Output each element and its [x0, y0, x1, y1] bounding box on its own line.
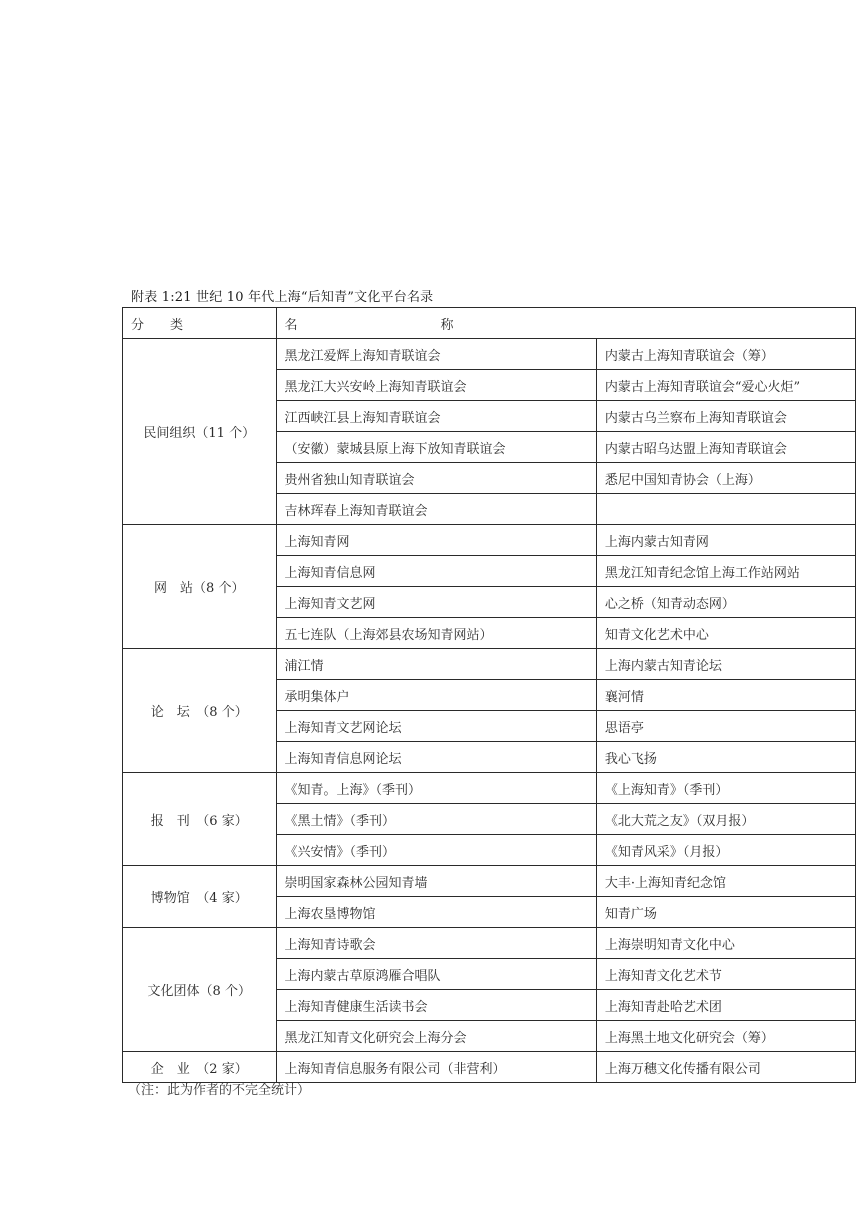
table-row: 民间组织（11 个）黑龙江爱辉上海知青联谊会内蒙古上海知青联谊会（筹）	[123, 339, 856, 370]
name-cell: 上海内蒙古知青论坛	[596, 649, 855, 680]
category-cell: 民间组织（11 个）	[123, 339, 277, 525]
name-cell: 《知青。上海》（季刊）	[276, 773, 596, 804]
name-cell: 承明集体户	[276, 680, 596, 711]
name-cell: 上海知青文化艺术节	[596, 959, 855, 990]
name-cell: 《黑土情》（季刊）	[276, 804, 596, 835]
footnote: （注：此为作者的不完全统计）	[128, 1079, 310, 1098]
category-cell: 报 刊 （6 家）	[123, 773, 277, 866]
category-cell: 文化团体（8 个）	[123, 928, 277, 1052]
name-cell: 上海知青信息服务有限公司（非营利）	[276, 1052, 596, 1083]
category-cell: 论 坛 （8 个）	[123, 649, 277, 773]
name-cell: 内蒙古乌兰察布上海知青联谊会	[596, 401, 855, 432]
name-cell: 知青文化艺术中心	[596, 618, 855, 649]
name-cell: 内蒙古昭乌达盟上海知青联谊会	[596, 432, 855, 463]
table-row: 报 刊 （6 家）《知青。上海》（季刊）《上海知青》（季刊）	[123, 773, 856, 804]
name-cell: 江西峡江县上海知青联谊会	[276, 401, 596, 432]
name-cell: 黑龙江知青文化研究会上海分会	[276, 1021, 596, 1052]
name-cell: 上海万穗文化传播有限公司	[596, 1052, 855, 1083]
name-cell: 崇明国家森林公园知青墙	[276, 866, 596, 897]
category-cell: 企 业 （2 家）	[123, 1052, 277, 1083]
category-cell: 博物馆 （4 家）	[123, 866, 277, 928]
name-cell: 上海知青信息网	[276, 556, 596, 587]
table-header-row: 分 类 名 称	[123, 308, 856, 339]
name-cell: 《知青风采》（月报）	[596, 835, 855, 866]
name-cell: 心之桥（知青动态网）	[596, 587, 855, 618]
name-cell: 思语亭	[596, 711, 855, 742]
name-cell: 黑龙江爱辉上海知青联谊会	[276, 339, 596, 370]
name-cell: 黑龙江知青纪念馆上海工作站网站	[596, 556, 855, 587]
name-cell: （安徽）蒙城县原上海下放知青联谊会	[276, 432, 596, 463]
name-cell: 知青广场	[596, 897, 855, 928]
name-cell: 上海知青网	[276, 525, 596, 556]
platform-directory-table: 分 类 名 称 民间组织（11 个）黑龙江爱辉上海知青联谊会内蒙古上海知青联谊会…	[122, 307, 856, 1083]
table-row: 企 业 （2 家）上海知青信息服务有限公司（非营利）上海万穗文化传播有限公司	[123, 1052, 856, 1083]
name-cell: 上海黑土地文化研究会（筹）	[596, 1021, 855, 1052]
name-cell: 贵州省独山知青联谊会	[276, 463, 596, 494]
name-cell: 五七连队（上海郊县农场知青网站）	[276, 618, 596, 649]
name-cell: 《上海知青》（季刊）	[596, 773, 855, 804]
name-cell: 上海农垦博物馆	[276, 897, 596, 928]
name-cell: 上海崇明知青文化中心	[596, 928, 855, 959]
name-cell: 上海内蒙古知青网	[596, 525, 855, 556]
name-cell: 《北大荒之友》（双月报）	[596, 804, 855, 835]
table-row: 博物馆 （4 家）崇明国家森林公园知青墙大丰·上海知青纪念馆	[123, 866, 856, 897]
name-cell: 大丰·上海知青纪念馆	[596, 866, 855, 897]
name-cell: 《兴安情》（季刊）	[276, 835, 596, 866]
name-cell: 上海知青健康生活读书会	[276, 990, 596, 1021]
name-cell: 悉尼中国知青协会（上海）	[596, 463, 855, 494]
table-caption: 附表 1:21 世纪 10 年代上海“后知青”文化平台名录	[131, 286, 433, 305]
name-cell: 浦江情	[276, 649, 596, 680]
name-cell: 黑龙江大兴安岭上海知青联谊会	[276, 370, 596, 401]
name-cell: 上海内蒙古草原鸿雁合唱队	[276, 959, 596, 990]
name-cell	[596, 494, 855, 525]
name-cell: 上海知青文艺网论坛	[276, 711, 596, 742]
table-row: 网 站（8 个）上海知青网上海内蒙古知青网	[123, 525, 856, 556]
header-category: 分 类	[123, 308, 277, 339]
name-cell: 内蒙古上海知青联谊会（筹）	[596, 339, 855, 370]
table-row: 论 坛 （8 个）浦江情上海内蒙古知青论坛	[123, 649, 856, 680]
name-cell: 上海知青文艺网	[276, 587, 596, 618]
name-cell: 襄河情	[596, 680, 855, 711]
category-cell: 网 站（8 个）	[123, 525, 277, 649]
header-name: 名 称	[276, 308, 855, 339]
name-cell: 上海知青赴哈艺术团	[596, 990, 855, 1021]
name-cell: 内蒙古上海知青联谊会“爱心火炬”	[596, 370, 855, 401]
table-row: 文化团体（8 个）上海知青诗歌会上海崇明知青文化中心	[123, 928, 856, 959]
name-cell: 吉林珲春上海知青联谊会	[276, 494, 596, 525]
name-cell: 我心飞扬	[596, 742, 855, 773]
name-cell: 上海知青诗歌会	[276, 928, 596, 959]
name-cell: 上海知青信息网论坛	[276, 742, 596, 773]
